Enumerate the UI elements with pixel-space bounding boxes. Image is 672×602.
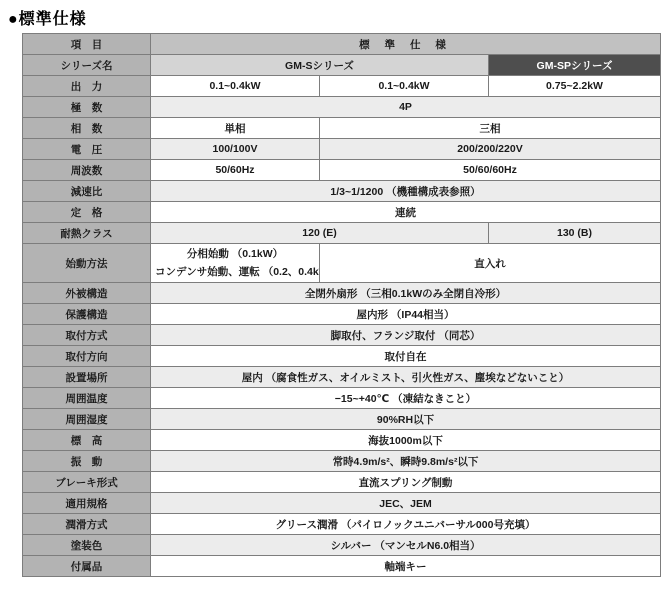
table-row-phases: 相 数 単相 三相 — [23, 118, 661, 139]
rating-value-cell: 連続 — [151, 202, 661, 223]
ambient-temperature-value-cell: −15~+40℃ （凍結なきこと） — [151, 388, 661, 409]
frequency-single-cell: 50/60Hz — [151, 160, 320, 181]
altitude-value-cell: 海抜1000m以下 — [151, 430, 661, 451]
row-label: 取付方向 — [23, 346, 151, 367]
table-row-installation-site: 設置場所 屋内 （腐食性ガス、オイルミスト、引火性ガス、塵埃などないこと） — [23, 367, 661, 388]
table-row-frequency: 周波数 50/60Hz 50/60/60Hz — [23, 160, 661, 181]
table-row-paint-color: 塗装色 シルバー （マンセルN6.0相当） — [23, 535, 661, 556]
table-row-accessories: 付属品 軸端キー — [23, 556, 661, 577]
table-row-header: 項 目 標 準 仕 様 — [23, 34, 661, 55]
series-gm-s-cell: GM-Sシリーズ — [151, 55, 489, 76]
protection-value-cell: 屋内形 （IP44相当） — [151, 304, 661, 325]
row-label: 標 高 — [23, 430, 151, 451]
brake-type-value-cell: 直流スプリング制動 — [151, 472, 661, 493]
mounting-method-value-cell: 脚取付、フランジ取付 （同芯） — [151, 325, 661, 346]
poles-value-cell: 4P — [151, 97, 661, 118]
phases-three-cell: 三相 — [320, 118, 661, 139]
starting-method-single-cell: 分相始動 （0.1kW） コンデンサ始動、運転 （0.2、0.4kW） — [151, 244, 320, 283]
table-row-heat-class: 耐熱クラス 120 (E) 130 (B) — [23, 223, 661, 244]
row-label: 塗装色 — [23, 535, 151, 556]
voltage-three-cell: 200/200/220V — [320, 139, 661, 160]
table-row-vibration: 振 動 常時4.9m/s²、瞬時9.8m/s²以下 — [23, 451, 661, 472]
header-item-cell: 項 目 — [23, 34, 151, 55]
reduction-ratio-value-cell: 1/3~1/1200 （機種構成表参照） — [151, 181, 661, 202]
table-row-rating: 定 格 連続 — [23, 202, 661, 223]
page-title: ●標準仕様 — [8, 6, 672, 29]
table-row-starting-method: 始動方法 分相始動 （0.1kW） コンデンサ始動、運転 （0.2、0.4kW）… — [23, 244, 661, 283]
table-row-ambient-humidity: 周囲湿度 90%RH以下 — [23, 409, 661, 430]
starting-method-three-cell: 直入れ — [320, 244, 661, 283]
starting-method-line2: コンデンサ始動、運転 （0.2、0.4kW） — [155, 263, 315, 281]
row-label: 減速比 — [23, 181, 151, 202]
table-row-poles: 極 数 4P — [23, 97, 661, 118]
table-row-standards: 適用規格 JEC、JEM — [23, 493, 661, 514]
installation-site-value-cell: 屋内 （腐食性ガス、オイルミスト、引火性ガス、塵埃などないこと） — [151, 367, 661, 388]
output-sp-cell: 0.75~2.2kW — [489, 76, 661, 97]
enclosure-value-cell: 全閉外扇形 （三相0.1kWのみ全閉自冷形） — [151, 283, 661, 304]
row-label: 保護構造 — [23, 304, 151, 325]
heat-class-gm-s-cell: 120 (E) — [151, 223, 489, 244]
lubrication-value-cell: グリース潤滑 （パイロノックユニバーサル000号充填） — [151, 514, 661, 535]
row-label: 極 数 — [23, 97, 151, 118]
table-row-enclosure: 外被構造 全閉外扇形 （三相0.1kWのみ全閉自冷形） — [23, 283, 661, 304]
row-label: 耐熱クラス — [23, 223, 151, 244]
row-label: 取付方式 — [23, 325, 151, 346]
row-label: 周波数 — [23, 160, 151, 181]
table-row-series: シリーズ名 GM-Sシリーズ GM-SPシリーズ — [23, 55, 661, 76]
frequency-three-cell: 50/60/60Hz — [320, 160, 661, 181]
table-row-lubrication: 潤滑方式 グリース潤滑 （パイロノックユニバーサル000号充填） — [23, 514, 661, 535]
row-label: 付属品 — [23, 556, 151, 577]
accessories-value-cell: 軸端キー — [151, 556, 661, 577]
table-row-mounting-direction: 取付方向 取付自在 — [23, 346, 661, 367]
starting-method-line1: 分相始動 （0.1kW） — [155, 245, 315, 263]
row-label: ブレーキ形式 — [23, 472, 151, 493]
vibration-value-cell: 常時4.9m/s²、瞬時9.8m/s²以下 — [151, 451, 661, 472]
phases-single-cell: 単相 — [151, 118, 320, 139]
heat-class-gm-sp-cell: 130 (B) — [489, 223, 661, 244]
clipped-next-section-heading: ● — [8, 597, 17, 602]
paint-color-value-cell: シルバー （マンセルN6.0相当） — [151, 535, 661, 556]
table-row-output: 出 力 0.1~0.4kW 0.1~0.4kW 0.75~2.2kW — [23, 76, 661, 97]
table-row-reduction-ratio: 減速比 1/3~1/1200 （機種構成表参照） — [23, 181, 661, 202]
row-label: 潤滑方式 — [23, 514, 151, 535]
row-label: 周囲温度 — [23, 388, 151, 409]
row-label: 始動方法 — [23, 244, 151, 283]
row-label: 周囲湿度 — [23, 409, 151, 430]
header-spec-cell: 標 準 仕 様 — [151, 34, 661, 55]
row-label: 定 格 — [23, 202, 151, 223]
standards-value-cell: JEC、JEM — [151, 493, 661, 514]
row-label: 外被構造 — [23, 283, 151, 304]
row-label: 設置場所 — [23, 367, 151, 388]
row-label: 振 動 — [23, 451, 151, 472]
table-row-brake-type: ブレーキ形式 直流スプリング制動 — [23, 472, 661, 493]
row-label: 相 数 — [23, 118, 151, 139]
voltage-single-cell: 100/100V — [151, 139, 320, 160]
row-label: シリーズ名 — [23, 55, 151, 76]
row-label: 出 力 — [23, 76, 151, 97]
table-row-altitude: 標 高 海抜1000m以下 — [23, 430, 661, 451]
series-gm-sp-cell: GM-SPシリーズ — [489, 55, 661, 76]
row-label: 電 圧 — [23, 139, 151, 160]
table-row-voltage: 電 圧 100/100V 200/200/220V — [23, 139, 661, 160]
row-label: 適用規格 — [23, 493, 151, 514]
standard-spec-table: 項 目 標 準 仕 様 シリーズ名 GM-Sシリーズ GM-SPシリーズ 出 力… — [22, 33, 661, 577]
output-three-cell: 0.1~0.4kW — [320, 76, 489, 97]
mounting-direction-value-cell: 取付自在 — [151, 346, 661, 367]
table-row-protection: 保護構造 屋内形 （IP44相当） — [23, 304, 661, 325]
ambient-humidity-value-cell: 90%RH以下 — [151, 409, 661, 430]
table-row-ambient-temperature: 周囲温度 −15~+40℃ （凍結なきこと） — [23, 388, 661, 409]
table-row-mounting-method: 取付方式 脚取付、フランジ取付 （同芯） — [23, 325, 661, 346]
output-single-cell: 0.1~0.4kW — [151, 76, 320, 97]
